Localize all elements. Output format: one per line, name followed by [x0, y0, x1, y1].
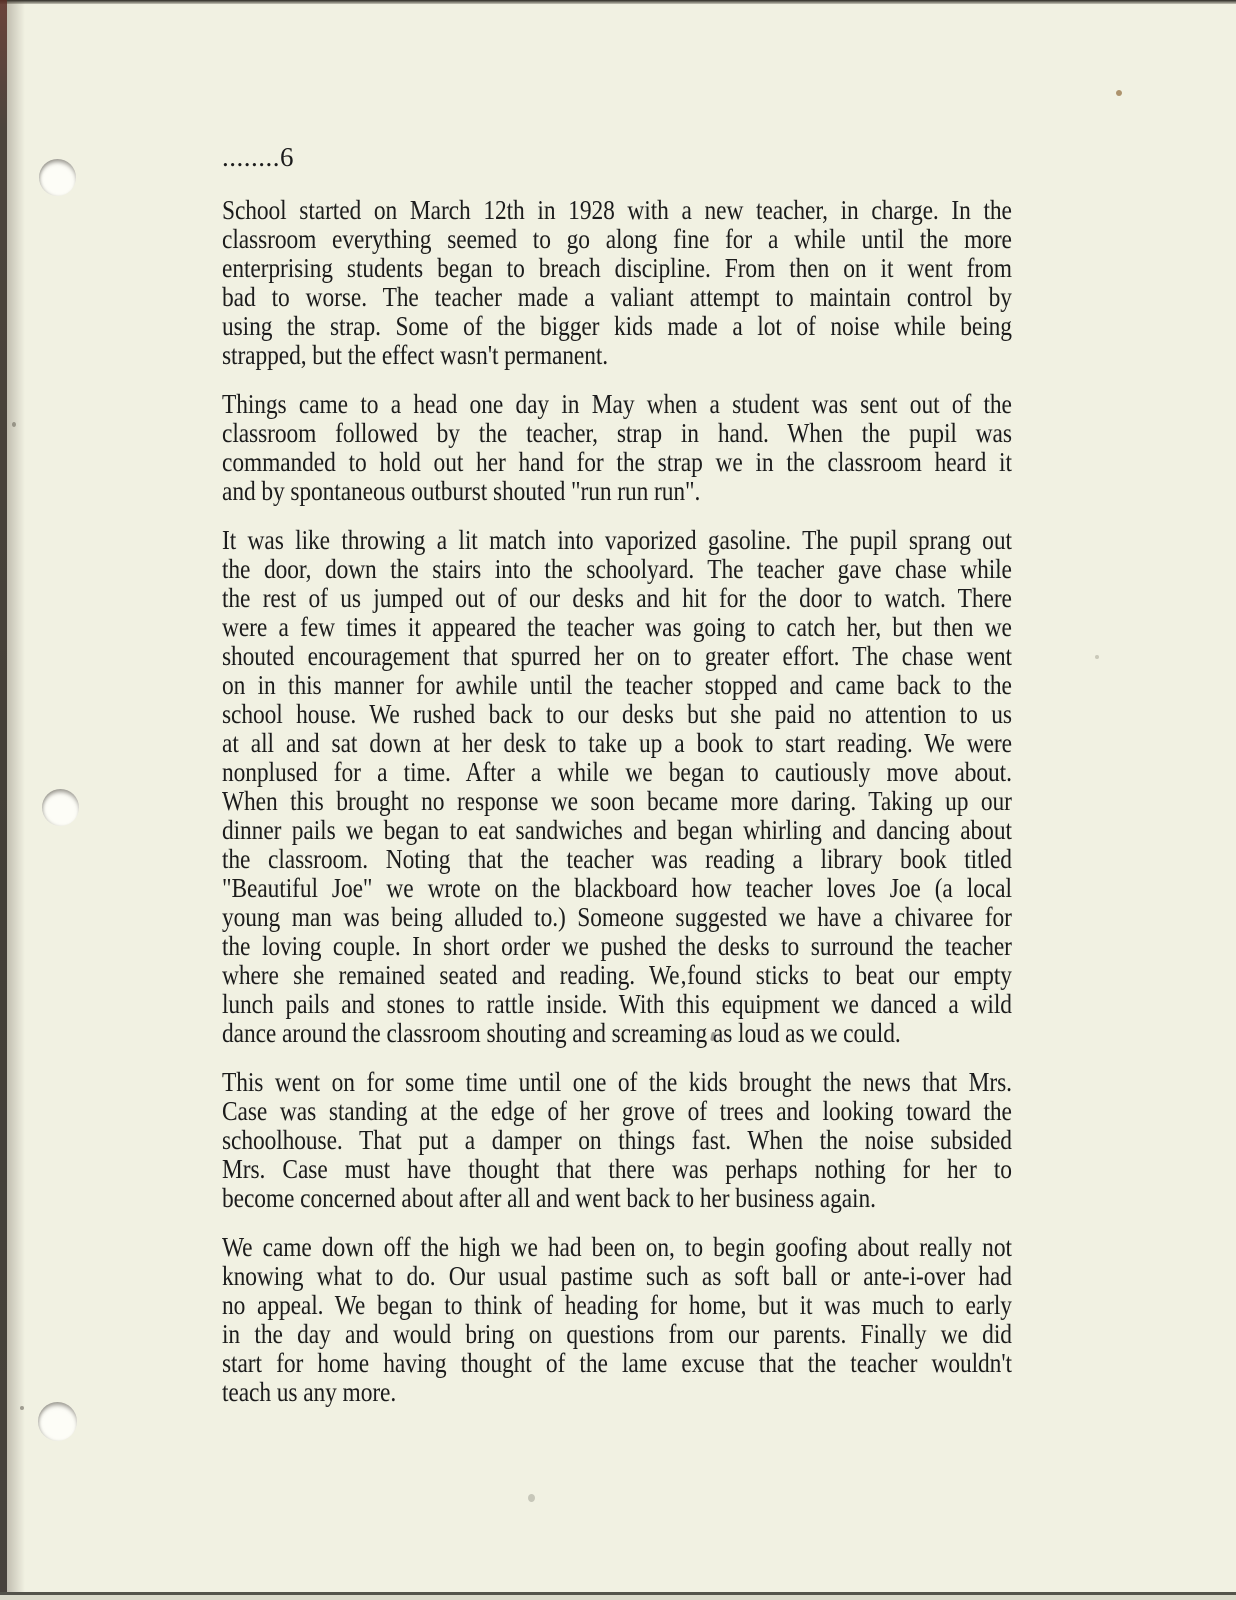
paragraph: We came down off the high we had been on…	[222, 1233, 1012, 1407]
text-line: schoolhouse. That put a damper on things…	[222, 1126, 1012, 1155]
scanned-document-page: ........6 School started on March 12th i…	[0, 0, 1236, 1600]
text-line: bad to worse. The teacher made a valiant…	[222, 283, 1012, 312]
paragraph: It was like throwing a lit match into va…	[222, 526, 1012, 1048]
text-line: shouted encouragement that spurred her o…	[222, 642, 1012, 671]
text-line: enterprising students began to breach di…	[222, 254, 1012, 283]
scan-speck	[1116, 90, 1122, 96]
paragraph: School started on March 12th in 1928 wit…	[222, 196, 1012, 370]
paragraph: Things came to a head one day in May whe…	[222, 390, 1012, 506]
text-line: Things came to a head one day in May whe…	[222, 390, 1012, 419]
text-line: the classroom. Noting that the teacher w…	[222, 845, 1012, 874]
text-line: Mrs. Case must have thought that there w…	[222, 1155, 1012, 1184]
hole-punch-middle	[42, 789, 79, 826]
scan-speck	[528, 1494, 535, 1502]
paragraphs: School started on March 12th in 1928 wit…	[222, 196, 1012, 1407]
page-number: ........6	[222, 143, 1012, 172]
text-line: young man was being alluded to.) Someone…	[222, 903, 1012, 932]
text-line: We came down off the high we had been on…	[222, 1233, 1012, 1262]
text-line: School started on March 12th in 1928 wit…	[222, 196, 1012, 225]
scan-speck	[12, 422, 16, 427]
text-line: knowing what to do. Our usual pastime su…	[222, 1262, 1012, 1291]
text-line: nonplused for a time. After a while we b…	[222, 758, 1012, 787]
text-line: in the day and would bring on questions …	[222, 1320, 1012, 1349]
text-line: It was like throwing a lit match into va…	[222, 526, 1012, 555]
hole-punch-top	[39, 159, 76, 196]
scan-edge-left	[0, 0, 7, 1600]
scan-edge-top	[0, 0, 1236, 4]
text-line: school house. We rushed back to our desk…	[222, 700, 1012, 729]
text-line: the rest of us jumped out of our desks a…	[222, 584, 1012, 613]
text-line: the loving couple. In short order we pus…	[222, 932, 1012, 961]
text-line: "Beautiful Joe" we wrote on the blackboa…	[222, 874, 1012, 903]
text-line: This went on for some time until one of …	[222, 1068, 1012, 1097]
text-line: where she remained seated and reading. W…	[222, 961, 1012, 990]
text-line: and by spontaneous outburst shouted "run…	[222, 477, 1012, 506]
scan-speck	[20, 1406, 24, 1410]
hole-punch-bottom	[38, 1402, 77, 1441]
text-line: were a few times it appeared the teacher…	[222, 613, 1012, 642]
scan-edge-left-shadow	[7, 0, 25, 1600]
text-line: using the strap. Some of the bigger kids…	[222, 312, 1012, 341]
text-line: teach us any more.	[222, 1378, 1012, 1407]
text-line: classroom followed by the teacher, strap…	[222, 419, 1012, 448]
text-line: no appeal. We began to think of heading …	[222, 1291, 1012, 1320]
text-line: classroom everything seemed to go along …	[222, 225, 1012, 254]
text-line: Case was standing at the edge of her gro…	[222, 1097, 1012, 1126]
text-line: When this brought no response we soon be…	[222, 787, 1012, 816]
text-column: ........6 School started on March 12th i…	[222, 143, 1012, 1427]
text-line: dinner pails we began to eat sandwiches …	[222, 816, 1012, 845]
scan-speck	[1095, 655, 1099, 659]
text-line: lunch pails and stones to rattle inside.…	[222, 990, 1012, 1019]
text-line: commanded to hold out her hand for the s…	[222, 448, 1012, 477]
text-line: the door, down the stairs into the schoo…	[222, 555, 1012, 584]
paragraph: This went on for some time until one of …	[222, 1068, 1012, 1213]
scan-edge-bottom-band	[0, 1595, 1236, 1600]
text-line: on in this manner for awhile until the t…	[222, 671, 1012, 700]
text-line: become concerned about after all and wen…	[222, 1184, 1012, 1213]
text-line: dance around the classroom shouting and …	[222, 1019, 1012, 1048]
text-line: strapped, but the effect wasn't permanen…	[222, 341, 1012, 370]
text-line: start for home having thought of the lam…	[222, 1349, 1012, 1378]
text-line: at all and sat down at her desk to take …	[222, 729, 1012, 758]
